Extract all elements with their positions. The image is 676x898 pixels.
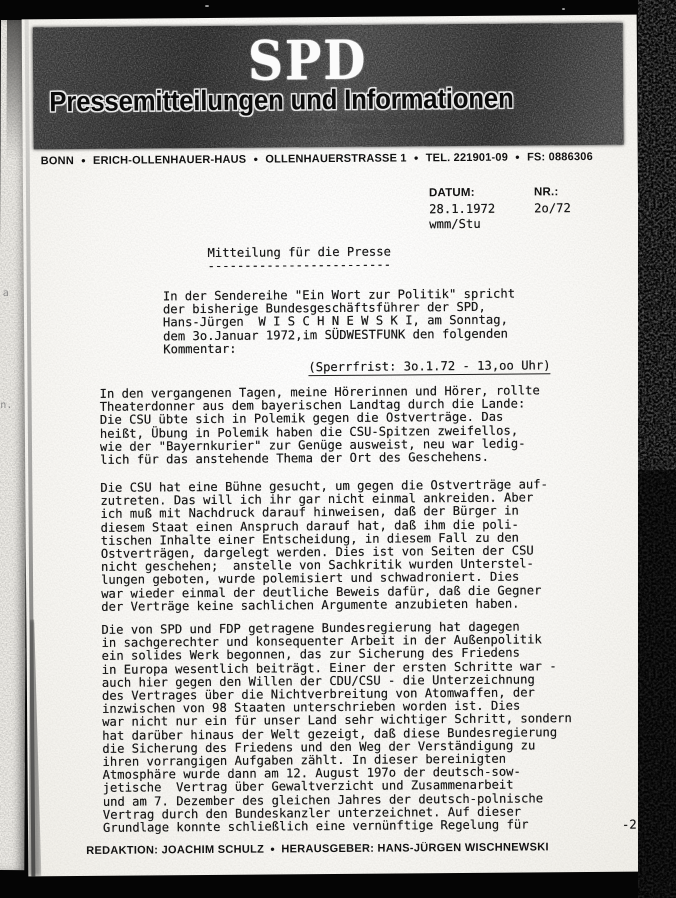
embargo-note: (Sperrfrist: 3o.1.72 - 13,oo Uhr) bbox=[308, 359, 550, 374]
masthead-slogan: mit Sozialdemokraten werden diese Worte … bbox=[79, 113, 484, 149]
body-paragraph: Die von SPD und FDP getragene Bundesregi… bbox=[101, 620, 572, 835]
number-value: 2o/72 bbox=[534, 202, 571, 215]
dust-speck bbox=[205, 5, 209, 7]
date-label: DATUM: bbox=[429, 187, 475, 199]
address-city: BONN bbox=[41, 155, 74, 167]
scan-noise bbox=[638, 470, 676, 898]
body-paragraph: Die CSU hat eine Bühne gesucht, um gegen… bbox=[100, 478, 549, 614]
masthead: SPD Pressemitteilungen und Informationen… bbox=[33, 23, 624, 150]
imprint-redaktion: REDAKTION: JOACHIM SCHULZ bbox=[86, 844, 264, 857]
imprint-herausgeber: HERAUSGEBER: HANS-JÜRGEN WISCHNEWSKI bbox=[281, 841, 549, 855]
bullet-separator: ● bbox=[270, 844, 275, 853]
number-label: NR.: bbox=[534, 186, 559, 198]
bullet-separator: ● bbox=[515, 153, 520, 162]
number-block: NR.: 2o/72 bbox=[534, 182, 571, 215]
document-page: SPD Pressemitteilungen und Informationen… bbox=[22, 15, 644, 877]
address-phone: TEL. 221901-09 bbox=[426, 152, 508, 165]
bleed-through-char: a bbox=[3, 288, 9, 299]
address-street: OLLENHAUERSTRASSE 1 bbox=[265, 152, 406, 165]
page-fold-shadow bbox=[26, 619, 41, 876]
date-block: DATUM: 28.1.1972 wmm/Stu bbox=[429, 183, 495, 232]
address-telex: FS: 0886306 bbox=[527, 151, 593, 164]
bullet-separator: ● bbox=[253, 155, 258, 164]
scan-noise bbox=[638, 0, 676, 470]
right-scan-edge bbox=[638, 0, 676, 898]
press-heading: Mitteilung für die Presse --------------… bbox=[207, 246, 391, 274]
intro-paragraph: In der Sendereihe "Ein Wort zur Politik"… bbox=[163, 288, 516, 357]
dust-speck bbox=[562, 8, 565, 10]
bullet-separator: ● bbox=[414, 153, 419, 162]
body-paragraph: In den vergangenen Tagen, meine Hörerinn… bbox=[100, 384, 541, 467]
date-value: 28.1.1972 bbox=[429, 203, 495, 217]
embargo-text: (Sperrfrist: 3o.1.72 - 13,oo Uhr) bbox=[308, 358, 550, 376]
masthead-title: Pressemitteilungen und Informationen bbox=[49, 84, 513, 118]
imprint-line: REDAKTION: JOACHIM SCHULZ●HERAUSGEBER: H… bbox=[86, 841, 549, 857]
spd-logo: SPD bbox=[248, 31, 368, 90]
address-building: ERICH-OLLENHAUER-HAUS bbox=[93, 154, 246, 167]
bullet-separator: ● bbox=[81, 156, 86, 165]
bleed-through-char: n. bbox=[0, 400, 12, 411]
reference-code: wmm/Stu bbox=[429, 218, 495, 232]
scanned-press-release: { "header": { "logo": "SPD", "title": "P… bbox=[0, 0, 676, 898]
address-line: BONN●ERICH-OLLENHAUER-HAUS●OLLENHAUERSTR… bbox=[41, 151, 593, 167]
